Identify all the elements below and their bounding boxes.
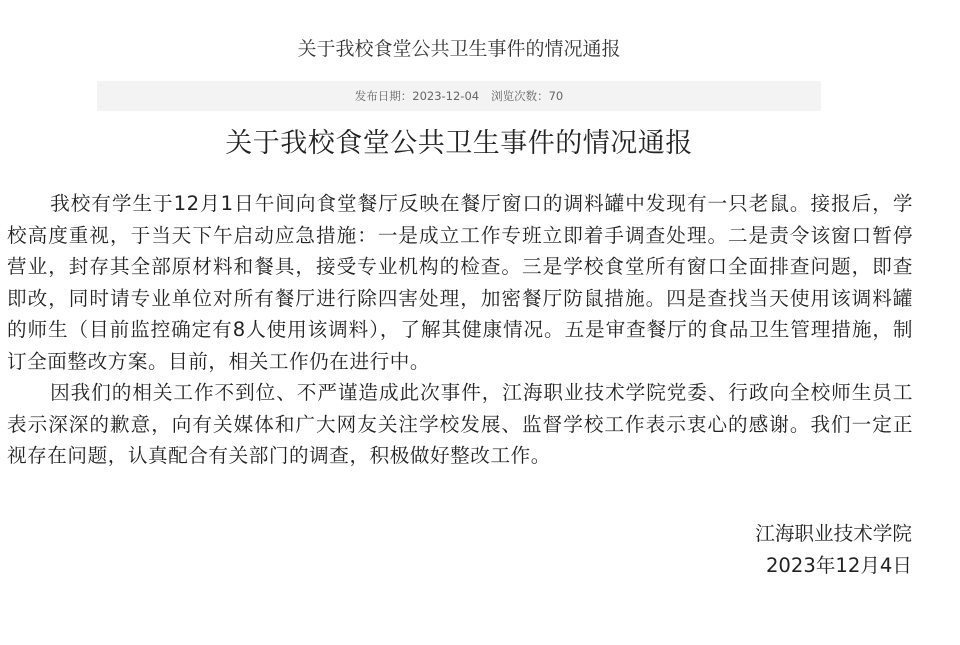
article-title: 关于我校食堂公共卫生事件的情况通报	[0, 126, 918, 162]
signature-date: 2023年12月4日	[755, 550, 912, 582]
page-header-title: 关于我校食堂公共卫生事件的情况通报	[0, 36, 918, 62]
article-body: 我校有学生于12月1日午间向食堂餐厅反映在餐厅窗口的调料罐中发现有一只老鼠。接报…	[7, 188, 913, 472]
publish-date: 发布日期：2023-12-04	[355, 88, 479, 104]
article-paragraph: 我校有学生于12月1日午间向食堂餐厅反映在餐厅窗口的调料罐中发现有一只老鼠。接报…	[7, 188, 913, 377]
article-meta-bar: 发布日期：2023-12-04 浏览次数：70	[97, 81, 821, 111]
article-paragraph: 因我们的相关工作不到位、不严谨造成此次事件，江海职业技术学院党委、行政向全校师生…	[7, 377, 913, 472]
view-count-label: 浏览次数：	[491, 89, 549, 103]
view-count: 浏览次数：70	[491, 88, 563, 104]
article-signature: 江海职业技术学院 2023年12月4日	[755, 518, 912, 581]
view-count-value: 70	[549, 89, 564, 103]
publish-date-label: 发布日期：	[355, 89, 413, 103]
signature-organization: 江海职业技术学院	[755, 518, 912, 550]
publish-date-value: 2023-12-04	[412, 89, 479, 103]
